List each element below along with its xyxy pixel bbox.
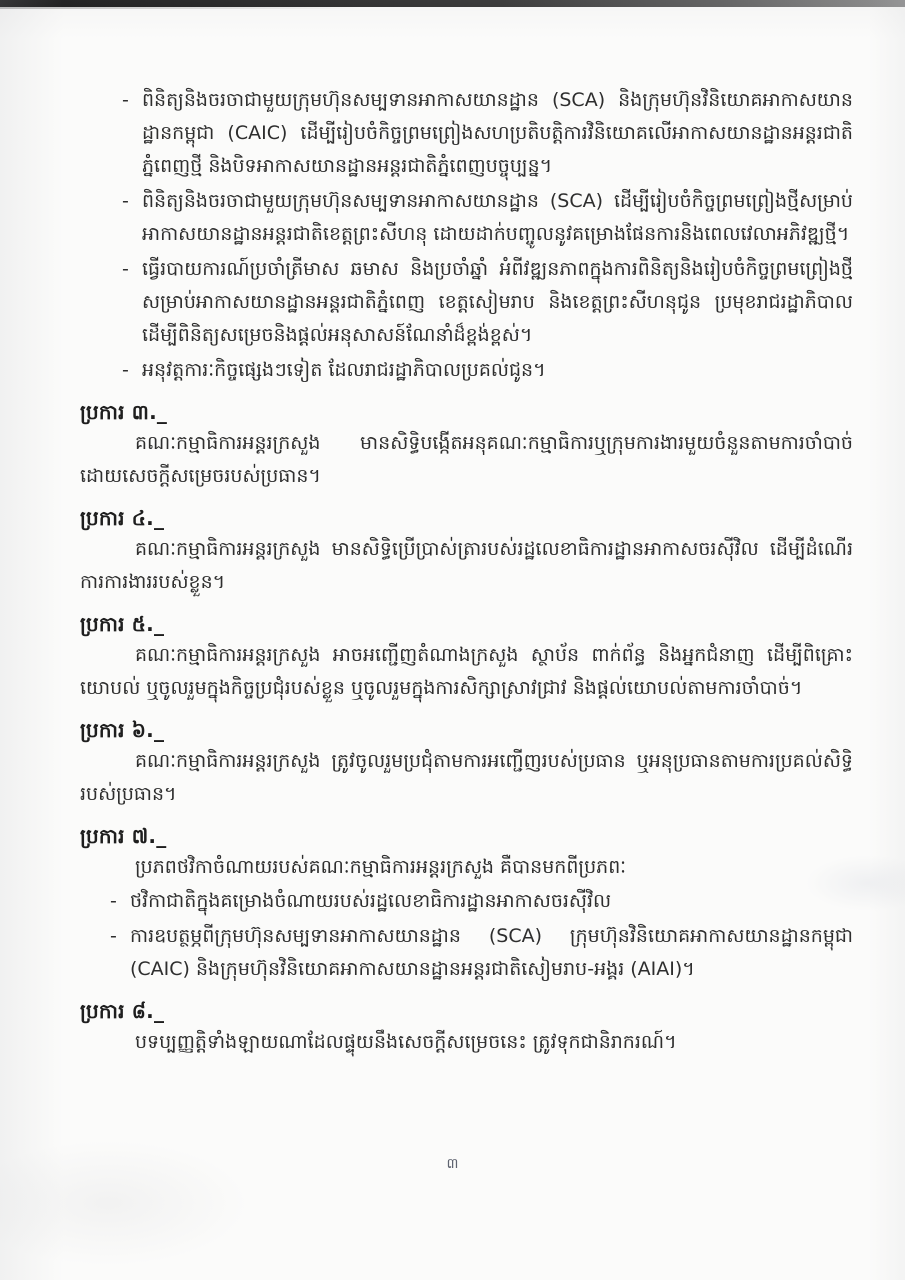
list-item: - អនុវត្តការៈកិច្ចផ្សេងៗទៀត ដែលរាជរដ្ឋាភ…	[80, 354, 853, 387]
article-body: គណៈកម្មាធិការអន្តរក្រសួង មានសិទ្ធិបង្កើត…	[80, 427, 853, 493]
bullet-text: ធ្វើរបាយការណ៍ប្រចាំត្រីមាស ឆមាស និងប្រចា…	[142, 253, 853, 352]
article-body: បទប្បញ្ញត្តិទាំងឡាយណាដែលផ្ទុយនឹងសេចក្តីស…	[80, 1026, 853, 1059]
article-5: ប្រការ ៥._ គណៈកម្មាធិការអន្តរក្រសួង អាចអ…	[80, 609, 853, 705]
article-heading: ប្រការ ៣._	[80, 397, 853, 427]
bullet-text: ពិនិត្យនិងចរចាជាមួយក្រុមហ៊ុនសម្បទានអាកាស…	[142, 84, 853, 183]
list-item: - ពិនិត្យនិងចរចាជាមួយក្រុមហ៊ុនសម្បទានអាក…	[80, 84, 853, 183]
list-item: - ធ្វើរបាយការណ៍ប្រចាំត្រីមាស ឆមាស និងប្រ…	[80, 253, 853, 352]
page-number: ៣	[0, 1154, 905, 1175]
article-4: ប្រការ ៤._ គណៈកម្មាធិការអន្តរក្រសួង មានស…	[80, 503, 853, 599]
article-body: គណៈកម្មាធិការអន្តរក្រសួង មានសិទ្ធិប្រើប្…	[80, 533, 853, 599]
intro-bullet-list: - ពិនិត្យនិងចរចាជាមួយក្រុមហ៊ុនសម្បទានអាក…	[80, 84, 853, 387]
bullet-dash: -	[80, 253, 142, 352]
list-item: - ការឧបត្ថម្ភពីក្រុមហ៊ុនសម្បទានអាកាសយានដ…	[80, 920, 853, 986]
article-body: ប្រភពថវិកាចំណាយរបស់គណៈកម្មាធិការអន្តរក្រ…	[80, 851, 853, 884]
article-heading: ប្រការ ៥._	[80, 609, 853, 639]
bullet-dash: -	[80, 885, 130, 918]
list-item: - ថវិកាជាតិក្នុងគម្រោងចំណាយរបស់រដ្ឋលេខាធ…	[80, 885, 853, 918]
article-6: ប្រការ ៦._ គណៈកម្មាធិការអន្តរក្រសួង ត្រូ…	[80, 715, 853, 811]
article-body: គណៈកម្មាធិការអន្តរក្រសួង ត្រូវចូលរួមប្រជ…	[80, 745, 853, 811]
article-3: ប្រការ ៣._ គណៈកម្មាធិការអន្តរក្រសួង មានស…	[80, 397, 853, 493]
scan-top-edge	[0, 0, 905, 7]
bullet-dash: -	[80, 920, 130, 986]
scanned-document-page: - ពិនិត្យនិងចរចាជាមួយក្រុមហ៊ុនសម្បទានអាក…	[0, 0, 905, 1280]
article-heading: ប្រការ ៦._	[80, 715, 853, 745]
bullet-dash: -	[80, 185, 142, 251]
bullet-text: ថវិកាជាតិក្នុងគម្រោងចំណាយរបស់រដ្ឋលេខាធិក…	[130, 885, 853, 918]
article-heading: ប្រការ ៨._	[80, 996, 853, 1026]
bullet-text: ការឧបត្ថម្ភពីក្រុមហ៊ុនសម្បទានអាកាសយានដ្ឋ…	[130, 920, 853, 986]
article-heading: ប្រការ ៤._	[80, 503, 853, 533]
bullet-dash: -	[80, 354, 142, 387]
bullet-text: ពិនិត្យនិងចរចាជាមួយក្រុមហ៊ុនសម្បទានអាកាស…	[142, 185, 853, 251]
document-content: - ពិនិត្យនិងចរចាជាមួយក្រុមហ៊ុនសម្បទានអាក…	[80, 84, 853, 1059]
article-7: ប្រការ ៧._ ប្រភពថវិកាចំណាយរបស់គណៈកម្មាធិ…	[80, 821, 853, 986]
article-8: ប្រការ ៨._ បទប្បញ្ញត្តិទាំងឡាយណាដែលផ្ទុយ…	[80, 996, 853, 1059]
list-item: - ពិនិត្យនិងចរចាជាមួយក្រុមហ៊ុនសម្បទានអាក…	[80, 185, 853, 251]
article-heading: ប្រការ ៧._	[80, 821, 853, 851]
bullet-text: អនុវត្តការៈកិច្ចផ្សេងៗទៀត ដែលរាជរដ្ឋាភិប…	[142, 354, 853, 387]
bullet-dash: -	[80, 84, 142, 183]
article-bullet-list: - ថវិកាជាតិក្នុងគម្រោងចំណាយរបស់រដ្ឋលេខាធ…	[80, 885, 853, 986]
article-body: គណៈកម្មាធិការអន្តរក្រសួង អាចអញ្ជើញតំណាងក…	[80, 639, 853, 705]
